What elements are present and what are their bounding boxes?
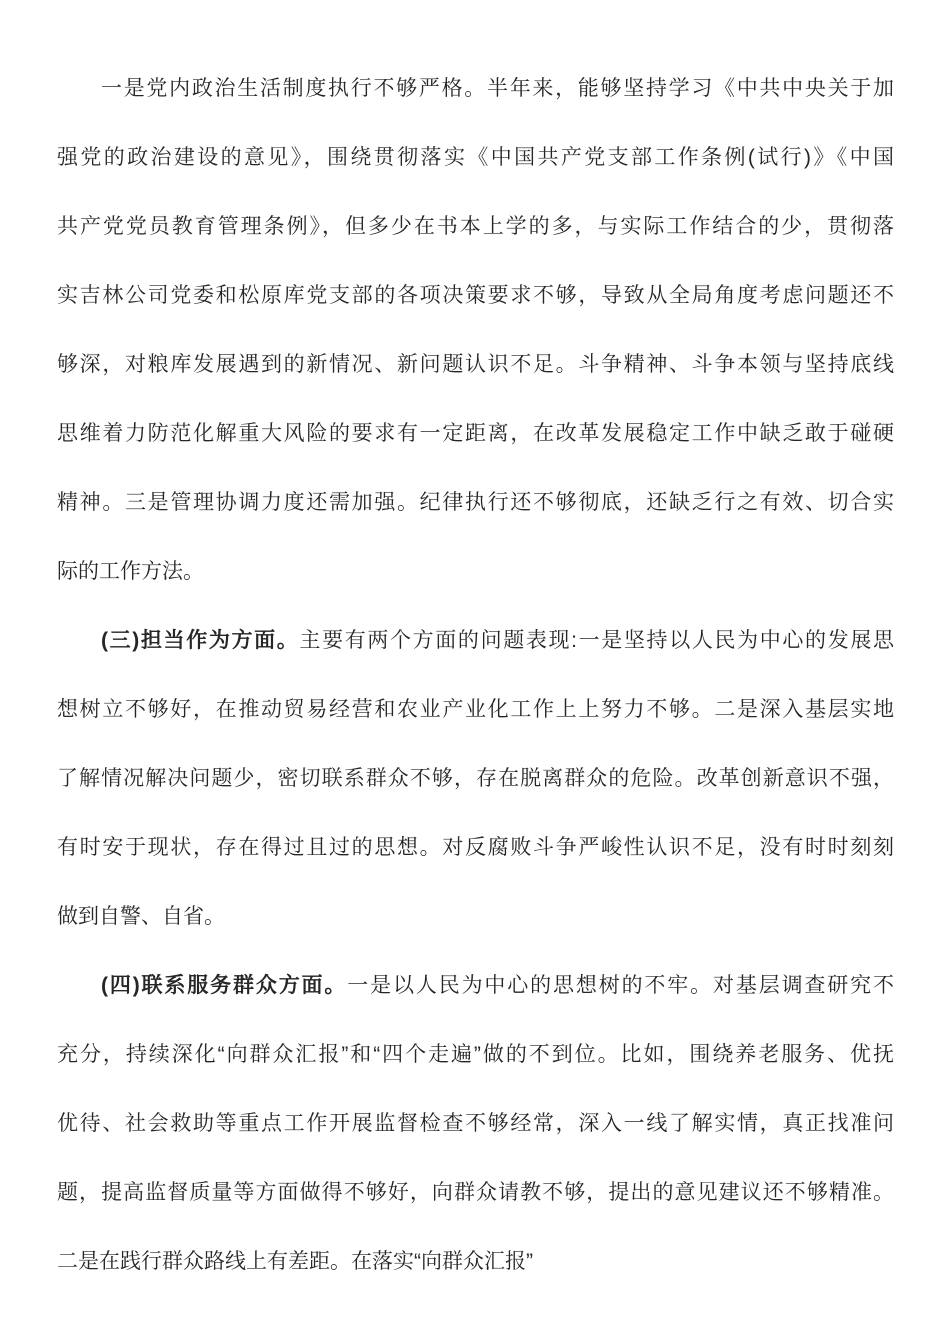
paragraph: 一是党内政治生活制度执行不够严格。半年来，能够坚持学习《中共中央关于加强党的政治… [57,54,894,606]
text-line: 实吉林公司党委和松原库党支部的各项决策要求不够，导致从全局角度考虑问题还不 [57,261,894,330]
text-line: 二是在践行群众路线上有差距。在落实“向群众汇报” [57,1227,894,1296]
text-line: 想树立不够好，在推动贸易经营和农业产业化工作上上努力不够。二是深入基层实地 [57,675,894,744]
text-line: 思维着力防范化解重大风险的要求有一定距离，在改革发展稳定工作中缺乏敢于碰硬 [57,399,894,468]
text-line: 优待、社会救助等重点工作开展监督检查不够经常，深入一线了解实情，真正找准问 [57,1089,894,1158]
text-line: 够深，对粮库发展遇到的新情况、新问题认识不足。斗争精神、斗争本领与坚持底线 [57,330,894,399]
text-line: 一是党内政治生活制度执行不够严格。半年来，能够坚持学习《中共中央关于加 [57,54,894,123]
text-line: 有时安于现状，存在得过且过的思想。对反腐败斗争严峻性认识不足，没有时时刻刻 [57,813,894,882]
text-line: 际的工作方法。 [57,537,894,606]
text-line: 强党的政治建设的意见》，围绕贯彻落实《中国共产党支部工作条例(试行)》《中国 [57,123,894,192]
document-page: { "page": { "background": "#ffffff", "te… [0,0,950,1344]
paragraph: (四)联系服务群众方面。一是以人民为中心的思想树的不牢。对基层调查研究不充分，持… [57,951,894,1296]
paragraph: (三)担当作为方面。主要有两个方面的问题表现:一是坚持以人民为中心的发展思想树立… [57,606,894,951]
text-line: 题，提高监督质量等方面做得不够好，向群众请教不够，提出的意见建议还不够精准。 [57,1158,894,1227]
text-line: (三)担当作为方面。主要有两个方面的问题表现:一是坚持以人民为中心的发展思 [57,606,894,675]
document-body: 一是党内政治生活制度执行不够严格。半年来，能够坚持学习《中共中央关于加强党的政治… [57,54,894,1296]
bold-lead: (四)联系服务群众方面。 [101,974,347,997]
text-line: 了解情况解决问题少，密切联系群众不够，存在脱离群众的危险。改革创新意识不强， [57,744,894,813]
text-line: 精神。三是管理协调力度还需加强。纪律执行还不够彻底，还缺乏行之有效、切合实 [57,468,894,537]
bold-lead: (三)担当作为方面。 [101,629,299,652]
text-line: 共产党党员教育管理条例》，但多少在书本上学的多，与实际工作结合的少，贯彻落 [57,192,894,261]
text-line: (四)联系服务群众方面。一是以人民为中心的思想树的不牢。对基层调查研究不 [57,951,894,1020]
text-line: 做到自警、自省。 [57,882,894,951]
text-line: 充分，持续深化“向群众汇报”和“四个走遍”做的不到位。比如，围绕养老服务、优抚 [57,1020,894,1089]
